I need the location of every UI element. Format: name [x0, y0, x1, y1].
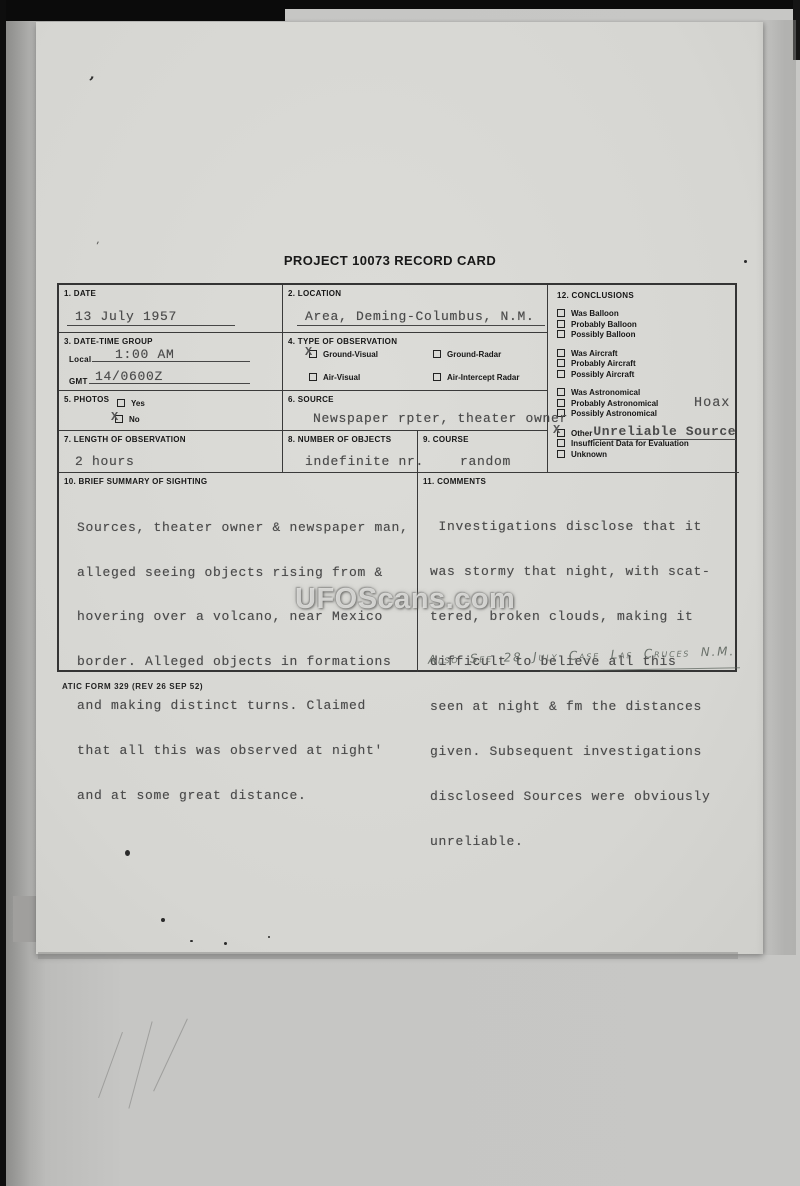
- course-label: 9. COURSE: [423, 435, 469, 444]
- checkbox-icon: [117, 399, 125, 407]
- film-border-top-left: [0, 0, 285, 21]
- number-of-objects-value: indefinite nr.: [305, 454, 424, 469]
- other-conclusion-value: Unreliable Source: [593, 424, 736, 440]
- length-of-observation-cell: 7. LENGTH OF OBSERVATION 2 hours: [59, 431, 283, 473]
- local-value: 1:00 AM: [115, 347, 175, 362]
- course-cell: 9. COURSE random: [418, 431, 548, 473]
- conclusions-label: 12. CONCLUSIONS: [557, 291, 634, 300]
- ink-speck: [125, 850, 130, 856]
- typed-x-mark: X: [111, 412, 118, 423]
- right-page-shadow: [756, 20, 796, 955]
- checkbox-icon: [557, 388, 565, 396]
- conclusion-insufficient-data: Insufficient Data for Evaluation: [557, 439, 736, 450]
- ink-speck: [190, 940, 193, 942]
- comments-label: 11. COMMENTS: [423, 477, 486, 486]
- conclusion-was-balloon: Was Balloon: [557, 309, 736, 320]
- comments-cell: 11. COMMENTS Investigations disclose tha…: [418, 473, 739, 672]
- photos-label: 5. PHOTOS: [64, 395, 109, 404]
- conclusion-probably-aircraft: Probably Aircraft: [557, 359, 736, 370]
- checkbox-air-intercept-radar: Air-Intercept Radar: [433, 373, 519, 384]
- checkbox-icon: [433, 373, 441, 381]
- ink-speck: [744, 260, 747, 263]
- checkbox-icon: [557, 349, 565, 357]
- typed-x-mark: X: [305, 347, 312, 358]
- source-value: Newspaper rpter, theater owner: [313, 411, 568, 426]
- number-of-objects-cell: 8. NUMBER OF OBJECTS indefinite nr.: [283, 431, 418, 473]
- write-line: [67, 325, 235, 326]
- date-time-group-label: 3. DATE-TIME GROUP: [64, 337, 153, 346]
- checkbox-icon: [557, 309, 565, 317]
- brief-summary-text: Sources, theater owner & newspaper man, …: [77, 491, 409, 833]
- date-label: 1. DATE: [64, 289, 96, 298]
- checkbox-icon: [433, 350, 441, 358]
- conclusions-list: Was Balloon Probably Balloon Possibly Ba…: [557, 309, 736, 460]
- checkbox-air-visual: Air-Visual: [309, 373, 360, 384]
- checkbox-icon: [557, 399, 565, 407]
- form-title: PROJECT 10073 RECORD CARD: [50, 253, 730, 268]
- checkbox-ground-radar: Ground-Radar: [433, 350, 501, 361]
- source-cell: 6. SOURCE Newspaper rpter, theater owner: [283, 391, 548, 431]
- photos-cell: 5. PHOTOS Yes X No: [59, 391, 283, 431]
- number-of-objects-label: 8. NUMBER OF OBJECTS: [288, 435, 391, 444]
- ink-speck: [268, 936, 270, 938]
- checkbox-icon: [557, 450, 565, 458]
- conclusion-unknown: Unknown: [557, 450, 736, 461]
- checkbox-icon: [557, 359, 565, 367]
- checkbox-icon: [557, 370, 565, 378]
- checkbox-ground-visual: X Ground-Visual: [309, 350, 378, 361]
- checkbox-icon: [557, 330, 565, 338]
- location-field-cell: 2. LOCATION Area, Deming-Columbus, N.M.: [283, 285, 548, 333]
- length-of-observation-value: 2 hours: [75, 454, 135, 469]
- comments-text: Investigations disclose that it was stor…: [430, 489, 711, 879]
- checkbox-icon: [557, 320, 565, 328]
- gmt-value: 14/0600Z: [95, 369, 163, 384]
- checkbox-icon: [309, 373, 317, 381]
- brief-summary-cell: 10. BRIEF SUMMARY OF SIGHTING Sources, t…: [59, 473, 418, 672]
- date-time-group-cell: 3. DATE-TIME GROUP Local 1:00 AM GMT 14/…: [59, 333, 283, 391]
- watermark: UFOScans.com: [295, 583, 515, 616]
- card-bottom-edge-shadow: [38, 952, 738, 959]
- date-field-cell: 1. DATE 13 July 1957: [59, 285, 283, 333]
- scanned-record-card-page: ‚ ʹ PROJECT 10073 RECORD CARD 1. DATE 13…: [0, 0, 800, 1186]
- conclusion-was-aircraft: Was Aircraft: [557, 349, 736, 360]
- film-border-left: [0, 0, 6, 1186]
- conclusions-cell: 12. CONCLUSIONS Hoax Was Balloon Probabl…: [548, 285, 739, 473]
- conclusion-possibly-aircraft: Possibly Aircraft: [557, 370, 736, 381]
- conclusion-possibly-balloon: Possibly Balloon: [557, 330, 736, 341]
- type-of-observation-cell: 4. TYPE OF OBSERVATION X Ground-Visual G…: [283, 333, 548, 391]
- write-line: [297, 325, 545, 326]
- location-value: Area, Deming-Columbus, N.M.: [305, 309, 535, 324]
- date-value: 13 July 1957: [75, 309, 177, 324]
- length-of-observation-label: 7. LENGTH OF OBSERVATION: [64, 435, 186, 444]
- ink-speck: [224, 942, 227, 945]
- brief-summary-label: 10. BRIEF SUMMARY OF SIGHTING: [64, 477, 207, 486]
- hoax-annotation: Hoax: [694, 396, 730, 411]
- ink-speck: [161, 918, 165, 922]
- checkbox-icon: [557, 439, 565, 447]
- checkbox-photos-no: X No: [115, 415, 140, 426]
- course-value: random: [460, 454, 511, 469]
- gmt-label: GMT: [69, 377, 88, 386]
- conclusion-probably-balloon: Probably Balloon: [557, 320, 736, 331]
- conclusion-other: XOtherUnreliable Source: [557, 428, 736, 440]
- source-label: 6. SOURCE: [288, 395, 334, 404]
- local-label: Local: [69, 355, 91, 364]
- location-label: 2. LOCATION: [288, 289, 341, 298]
- checkbox-photos-yes: Yes: [117, 399, 145, 410]
